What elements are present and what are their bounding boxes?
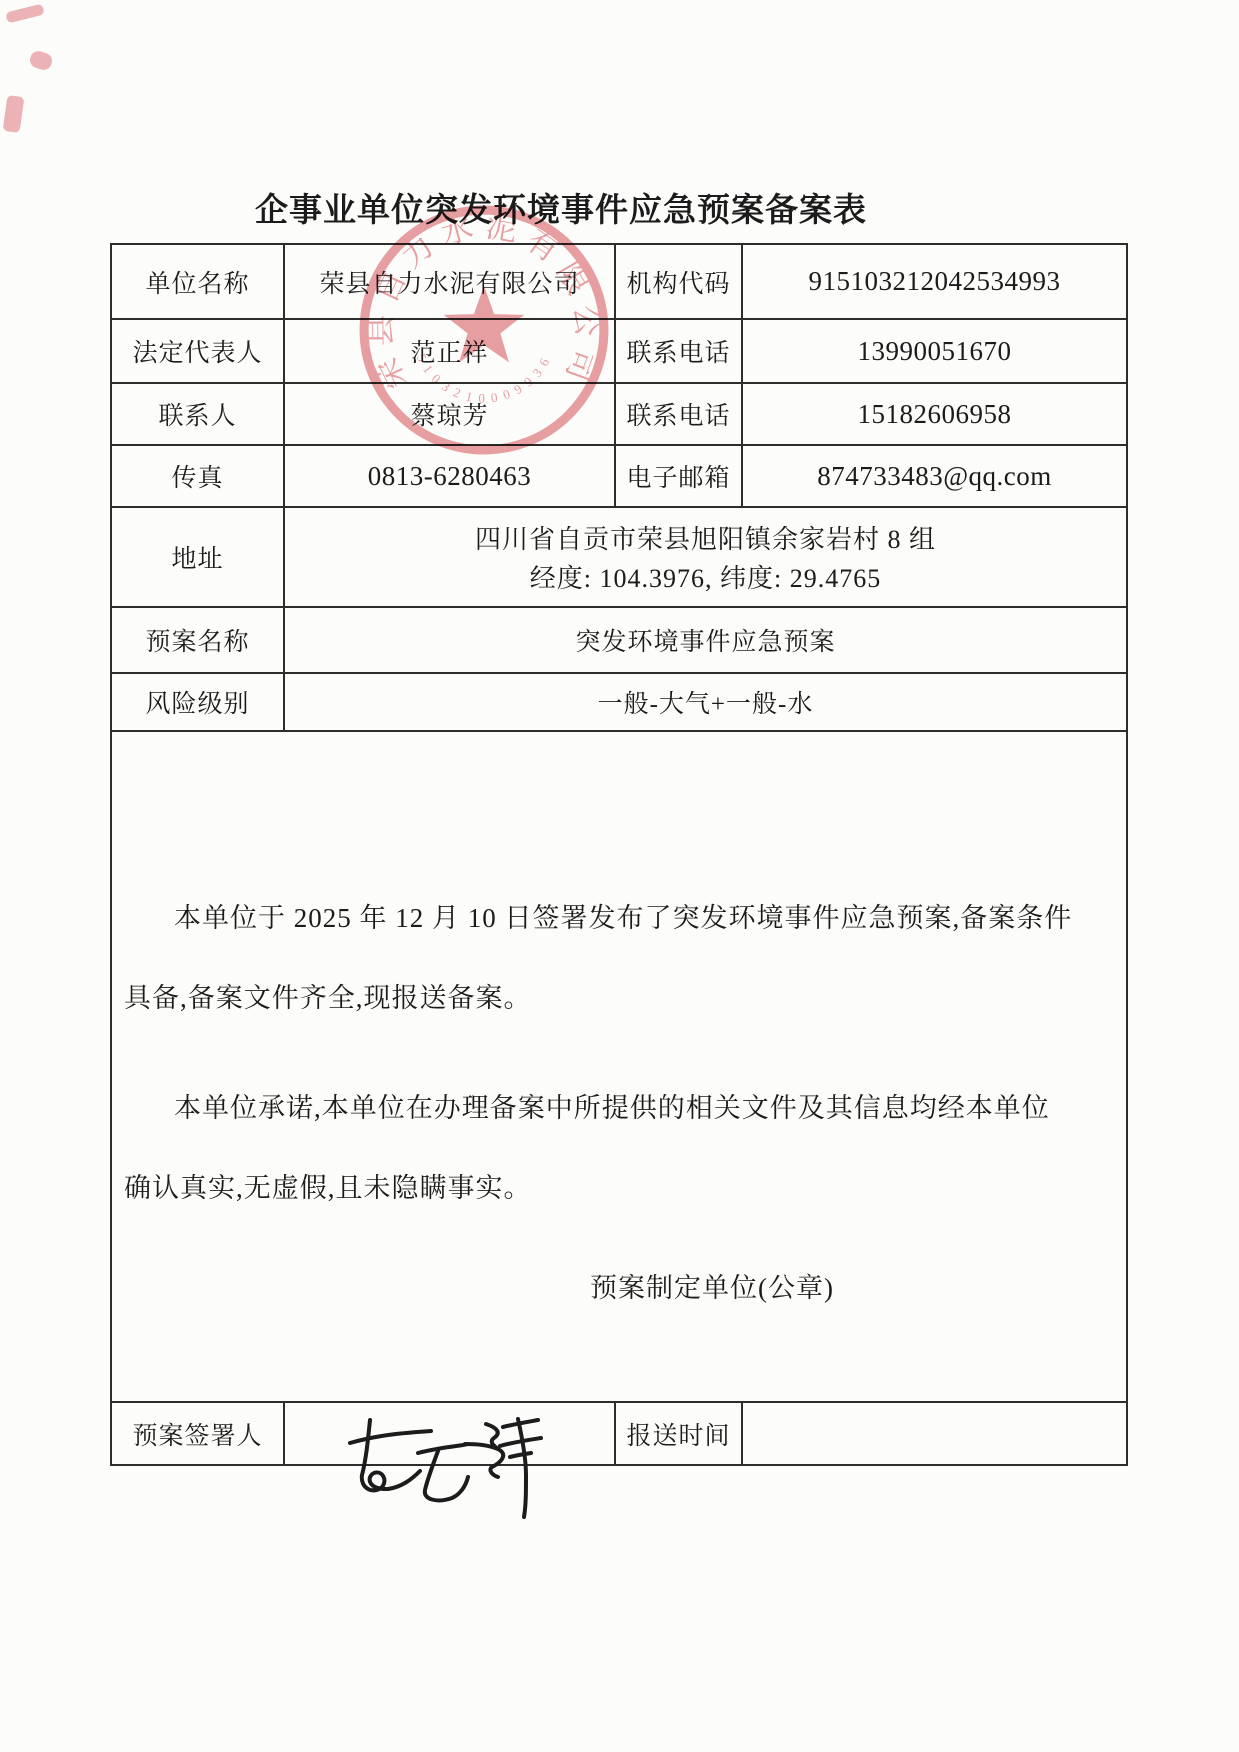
table-row: 地址 四川省自贡市荣县旭阳镇余家岩村 8 组 经度: 104.3976, 纬度:… [112,506,1126,606]
field-value-legal-rep: 范正祥 [283,320,614,382]
address-line: 四川省自贡市荣县旭阳镇余家岩村 8 组 [475,519,936,556]
field-label-phone-1: 联系电话 [614,320,741,382]
field-label-submit-time: 报送时间 [614,1403,741,1464]
field-label-plan-name: 预案名称 [112,608,283,672]
scan-artifact-red-mark [28,49,54,72]
field-label-phone-2: 联系电话 [614,384,741,444]
table-row: 传真 0813-6280463 电子邮箱 874733483@qq.com [112,444,1126,506]
scanned-form-page: 企事业单位突发环境事件应急预案备案表 单位名称 荣县自力水泥有限公司 机构代码 … [0,0,1239,1752]
field-label-risk-level: 风险级别 [112,674,283,730]
scan-artifact-red-mark [5,4,45,24]
field-value-plan-signer [283,1403,614,1464]
field-value-address: 四川省自贡市荣县旭阳镇余家岩村 8 组 经度: 104.3976, 纬度: 29… [283,508,1126,606]
statement-paragraph-1-line-2: 具备,备案文件齐全,现报送备案。 [124,958,1114,1038]
statement-block: 本单位于 2025 年 12 月 10 日签署发布了突发环境事件应急预案,备案条… [112,730,1126,1401]
field-label-email: 电子邮箱 [614,446,741,506]
table-row: 预案签署人 报送时间 [112,1401,1126,1464]
field-value-phone-2: 15182606958 [741,384,1126,444]
filing-form-table: 单位名称 荣县自力水泥有限公司 机构代码 915103212042534993 … [110,243,1128,1466]
table-row: 单位名称 荣县自力水泥有限公司 机构代码 915103212042534993 [112,245,1126,318]
field-value-submit-time [741,1403,1126,1464]
field-value-phone-1: 13990051670 [741,320,1126,382]
table-row: 风险级别 一般-大气+一般-水 [112,672,1126,730]
address-coordinates: 经度: 104.3976, 纬度: 29.4765 [530,558,881,595]
statement-paragraph-2-line-1: 本单位承诺,本单位在办理备案中所提供的相关文件及其信息均经本单位 [124,1068,1114,1148]
field-label-unit-name: 单位名称 [112,245,283,318]
field-value-org-code: 915103212042534993 [741,245,1126,318]
table-row: 联系人 蔡琼芳 联系电话 15182606958 [112,382,1126,444]
field-label-address: 地址 [112,508,283,606]
field-label-fax: 传真 [112,446,283,506]
field-value-fax: 0813-6280463 [283,446,614,506]
field-label-plan-signer: 预案签署人 [112,1403,283,1464]
statement-paragraph-2-line-2: 确认真实,无虚假,且未隐瞒事实。 [124,1148,1114,1228]
scan-artifact-red-mark [3,95,25,133]
table-row: 预案名称 突发环境事件应急预案 [112,606,1126,672]
table-row: 法定代表人 范正祥 联系电话 13990051670 [112,318,1126,382]
field-value-unit-name: 荣县自力水泥有限公司 [283,245,614,318]
seal-caption: 预案制定单位(公章) [590,1248,1114,1328]
page-title: 企事业单位突发环境事件应急预案备案表 [0,184,1122,231]
field-value-email: 874733483@qq.com [741,446,1126,506]
statement-paragraph-1-line-1: 本单位于 2025 年 12 月 10 日签署发布了突发环境事件应急预案,备案条… [124,878,1114,958]
field-label-org-code: 机构代码 [614,245,741,318]
field-label-contact: 联系人 [112,384,283,444]
field-value-risk-level: 一般-大气+一般-水 [283,674,1126,730]
field-value-plan-name: 突发环境事件应急预案 [283,608,1126,672]
field-label-legal-rep: 法定代表人 [112,320,283,382]
field-value-contact: 蔡琼芳 [283,384,614,444]
